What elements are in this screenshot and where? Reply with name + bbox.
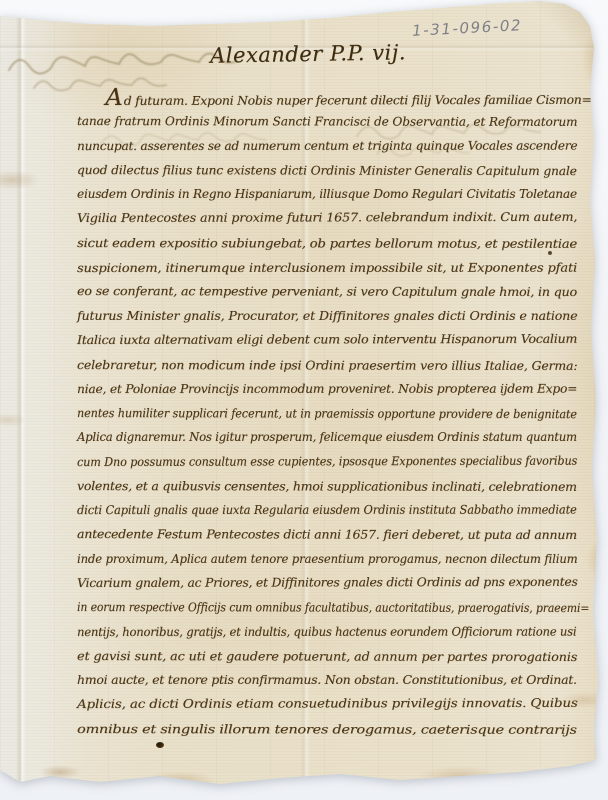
fold-crease-left: [16, 0, 26, 800]
manuscript-line: nentes humiliter supplicari fecerunt, ut…: [77, 401, 589, 425]
manuscript-line: niae, et Poloniae Provincijs incommodum …: [77, 377, 589, 401]
manuscript-line: dicti Capituli gnalis quae iuxta Regular…: [77, 498, 589, 522]
manuscript-line: eiusdem Ordinis in Regno Hispaniarum, il…: [77, 182, 589, 206]
manuscript-line: nuncupat. asserentes se ad numerum centu…: [77, 134, 589, 158]
manuscript-line: futurus Minister gnalis, Procurator, et …: [77, 304, 589, 328]
manuscript-page: 1-31-096-02 Alexander P.P. vij. Ad futur…: [0, 0, 608, 800]
manuscript-line: Vigilia Pentecostes anni proxime futuri …: [77, 206, 589, 230]
manuscript-line: sicut eadem expositio subiungebat, ob pa…: [77, 231, 589, 255]
manuscript-line: eo se conferant, ac tempestive pervenian…: [77, 279, 589, 303]
document-title: Alexander P.P. vij.: [178, 40, 438, 69]
manuscript-line: nentijs, honoribus, gratijs, et indultis…: [77, 620, 589, 644]
manuscript-page-wrap: 1-31-096-02 Alexander P.P. vij. Ad futur…: [0, 0, 608, 800]
manuscript-line: inde proximum, Aplica autem tenore praes…: [77, 547, 589, 571]
manuscript-line: antecedente Festum Pentecostes dicti ann…: [77, 522, 589, 546]
manuscript-line: in eorum respective Officijs cum omnibus…: [77, 595, 589, 619]
manuscript-line: et gavisi sunt, ac uti et gaudere potuer…: [77, 644, 589, 668]
manuscript-line: quod dilectus filius tunc existens dicti…: [77, 158, 589, 182]
manuscript-line: Vicarium gnalem, ac Priores, et Diffinit…: [77, 571, 589, 595]
manuscript-line: tanae fratrum Ordinis Minorum Sancti Fra…: [77, 109, 589, 133]
document-scan: 1-31-096-02 Alexander P.P. vij. Ad futur…: [0, 0, 608, 800]
manuscript-line: volentes, et a quibusvis censentes, hmoi…: [77, 474, 589, 498]
manuscript-body: Ad futuram. Exponi Nobis nuper fecerunt …: [77, 85, 589, 741]
catalog-number: 1-31-096-02: [412, 16, 523, 40]
corner-crease-top-right: [528, 0, 600, 60]
manuscript-line: celebraretur, non modicum inde ipsi Ordi…: [77, 352, 589, 376]
manuscript-line: suspicionem, itinerumque interclusionem …: [77, 255, 589, 279]
manuscript-line: Ad futuram. Exponi Nobis nuper fecerunt …: [77, 85, 589, 109]
manuscript-line: omnibus et singulis illorum tenores dero…: [77, 717, 589, 741]
manuscript-line: Italica iuxta alternativam eligi debent …: [77, 328, 589, 352]
manuscript-line: hmoi aucte, et tenore ptis confirmamus. …: [77, 668, 589, 692]
manuscript-line: Aplica dignaremur. Nos igitur prosperum,…: [77, 425, 589, 449]
ink-blot: [156, 742, 164, 748]
manuscript-line: cum Dno possumus consultum esse cupiente…: [77, 449, 589, 473]
ink-blot: [548, 251, 552, 255]
manuscript-line: Aplicis, ac dicti Ordinis etiam consuetu…: [77, 692, 589, 716]
